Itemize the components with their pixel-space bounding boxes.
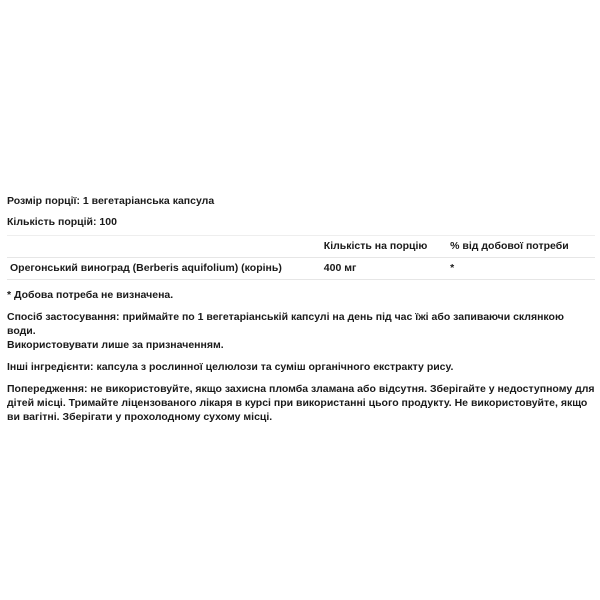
- other-ingredients: Інші інгредієнти: капсула з рослинної це…: [7, 360, 595, 374]
- ingredient-daily-value: *: [447, 258, 595, 280]
- supplement-facts-document: Розмір порції: 1 вегетаріанська капсула …: [7, 194, 595, 432]
- ingredient-name: Орегонський виноград (Berberis aquifoliu…: [7, 258, 321, 280]
- directions: Спосіб застосування: приймайте по 1 веге…: [7, 310, 595, 352]
- header-ingredient: [7, 236, 321, 258]
- supplement-facts-table: Кількість на порцію % від добової потреб…: [7, 235, 595, 280]
- header-daily-value: % від добової потреби: [447, 236, 595, 258]
- warnings: Попередження: не використовуйте, якщо за…: [7, 382, 595, 424]
- directions-line-1: Спосіб застосування: приймайте по 1 веге…: [7, 311, 564, 337]
- table-row: Орегонський виноград (Berberis aquifoliu…: [7, 258, 595, 280]
- directions-line-2: Використовувати лише за призначенням.: [7, 339, 224, 351]
- servings-per-container: Кількість порцій: 100: [7, 215, 595, 229]
- table-header-row: Кількість на порцію % від добової потреб…: [7, 236, 595, 258]
- ingredient-amount: 400 мг: [321, 258, 447, 280]
- daily-value-footnote: * Добова потреба не визначена.: [7, 288, 595, 302]
- serving-size: Розмір порції: 1 вегетаріанська капсула: [7, 194, 595, 208]
- header-amount-per-serving: Кількість на порцію: [321, 236, 447, 258]
